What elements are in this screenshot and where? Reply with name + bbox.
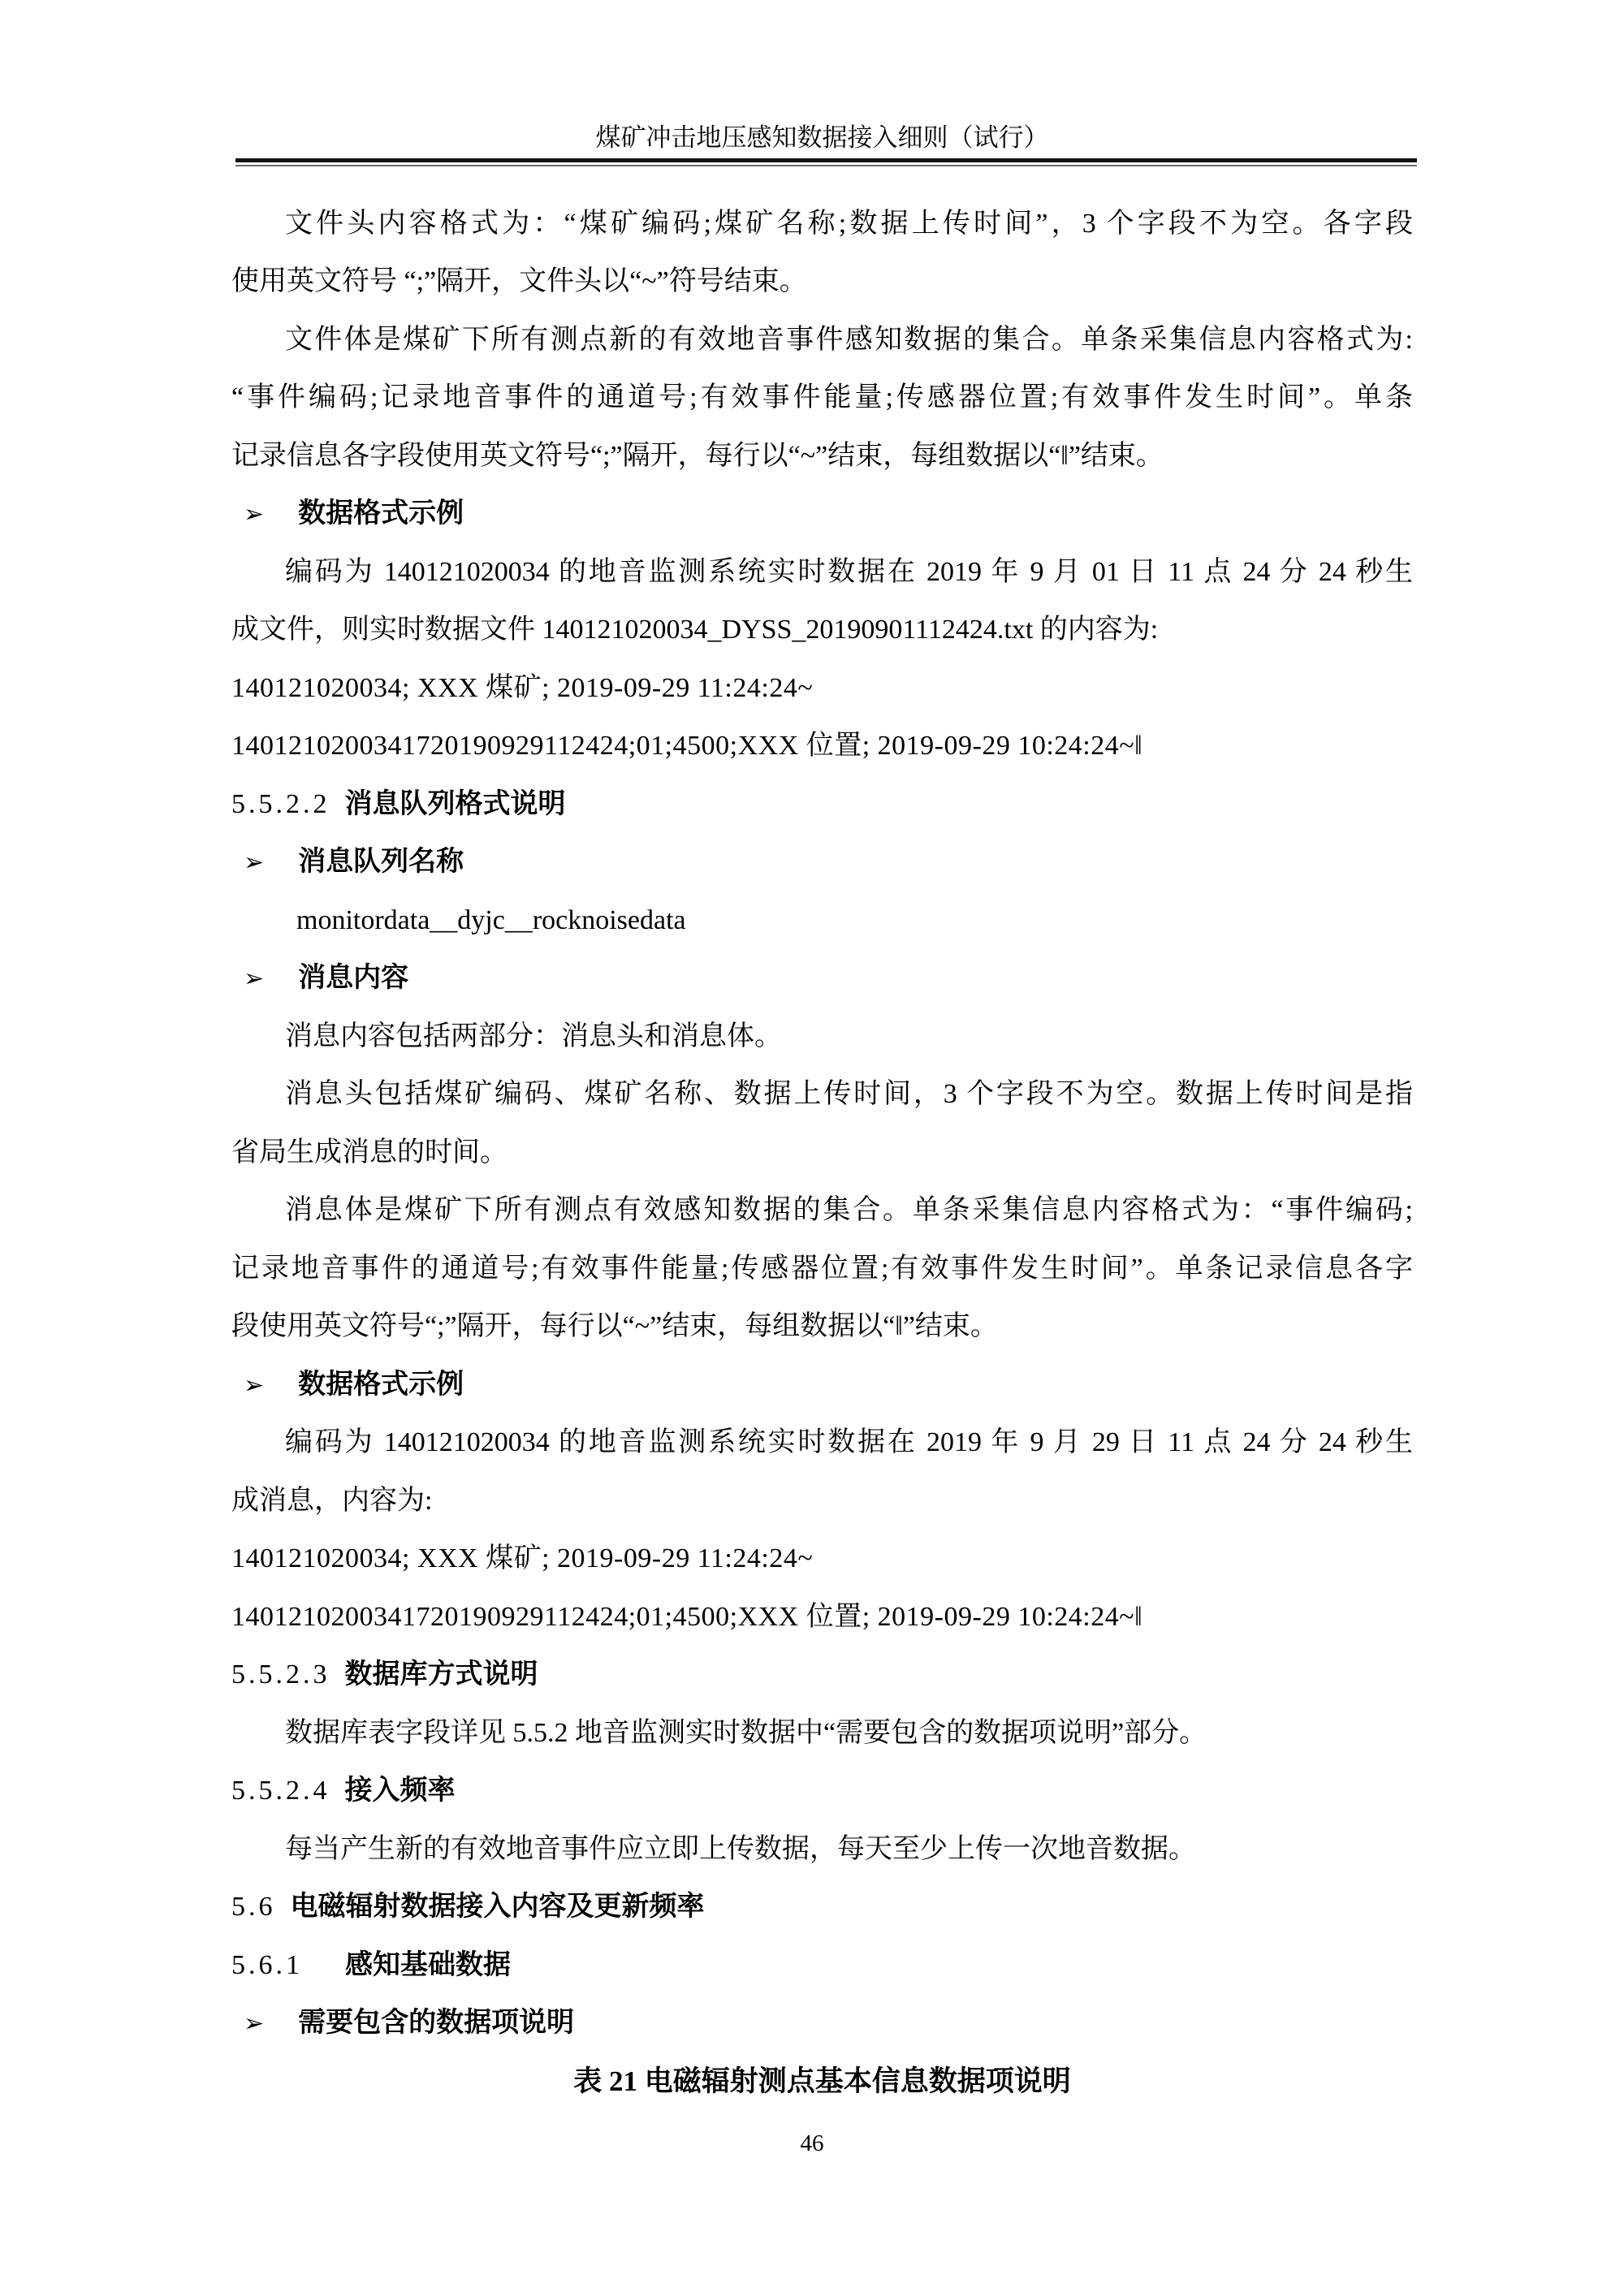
bullet-label: 需要包含的数据项说明 <box>298 2007 574 2038</box>
page-number: 46 <box>0 2127 1624 2160</box>
heading-title: 电磁辐射数据接入内容及更新频率 <box>291 1891 705 1922</box>
section-heading: 5.5.2.3数据库方式说明 <box>231 1646 1413 1703</box>
heading-title: 接入频率 <box>345 1775 456 1806</box>
bullet-label: 数据格式示例 <box>298 1369 464 1400</box>
data-sample-line: 1401210200341720190929112424;01;4500;XXX… <box>231 1588 1413 1646</box>
section-heading: 5.6电磁辐射数据接入内容及更新频率 <box>231 1878 1413 1936</box>
section-heading: 5.5.2.4接入频率 <box>231 1762 1413 1819</box>
data-sample-line: 140121020034; XXX 煤矿; 2019-09-29 11:24:2… <box>231 659 1413 717</box>
paragraph-line: 编码为 140121020034 的地音监测系统实时数据在 2019 年 9 月… <box>231 1413 1413 1471</box>
section-heading: 5.6.1感知基础数据 <box>231 1936 1413 1994</box>
paragraph-line: 使用英文符号 “;”隔开，文件头以“~”符号结束。 <box>231 252 1413 310</box>
bullet-label: 消息队列名称 <box>298 846 464 877</box>
bullet-arrow-icon: ➢ <box>244 965 264 993</box>
heading-title: 消息队列格式说明 <box>345 788 566 819</box>
paragraph-line: 文件体是煤矿下所有测点新的有效地音事件感知数据的集合。单条采集信息内容格式为: <box>231 311 1413 369</box>
data-sample-line: 140121020034; XXX 煤矿; 2019-09-29 11:24:2… <box>231 1530 1413 1587</box>
heading-title: 数据库方式说明 <box>345 1659 538 1690</box>
table-caption: 表 21 电磁辐射测点基本信息数据项说明 <box>231 2052 1413 2110</box>
bullet-arrow-icon: ➢ <box>244 848 264 877</box>
paragraph-line: 每当产生新的有效地音事件应立即上传数据，每天至少上传一次地音数据。 <box>231 1820 1413 1878</box>
paragraph-line: 成消息，内容为: <box>231 1472 1413 1530</box>
bullet-item: ➢消息队列名称 <box>231 833 1413 891</box>
paragraph-line: 数据库表字段详见 5.5.2 地音监测实时数据中“需要包含的数据项说明”部分。 <box>231 1704 1413 1762</box>
page-header-title: 煤矿冲击地压感知数据接入细则（试行） <box>231 123 1413 153</box>
data-sample-line: 1401210200341720190929112424;01;4500;XXX… <box>231 717 1413 775</box>
paragraph-line: 编码为 140121020034 的地音监测系统实时数据在 2019 年 9 月… <box>231 543 1413 601</box>
paragraph-line: 成文件，则实时数据文件 140121020034_DYSS_2019090111… <box>231 601 1413 658</box>
paragraph-line: 省局生成消息的时间。 <box>231 1124 1413 1181</box>
heading-number: 5.6 <box>231 1892 276 1922</box>
paragraph-line: 消息体是煤矿下所有测点有效感知数据的集合。单条采集信息内容格式为：“事件编码; <box>231 1181 1413 1239</box>
header-rule <box>235 158 1417 166</box>
paragraph-line: “事件编码;记录地音事件的通道号;有效事件能量;传感器位置;有效事件发生时间”。… <box>231 369 1413 426</box>
paragraph-line: 记录地音事件的通道号;有效事件能量;传感器位置;有效事件发生时间”。单条记录信息… <box>231 1240 1413 1297</box>
paragraph-line: 消息内容包括两部分：消息头和消息体。 <box>231 1008 1413 1065</box>
bullet-item: ➢消息内容 <box>231 949 1413 1008</box>
bullet-label: 消息内容 <box>298 962 408 993</box>
paragraph-line: 段使用英文符号“;”隔开，每行以“~”结束，每组数据以“‖”结束。 <box>231 1297 1413 1355</box>
document-page: 煤矿冲击地压感知数据接入细则（试行） 文件头内容格式为：“煤矿编码;煤矿名称;数… <box>0 0 1624 2296</box>
heading-number: 5.5.2.3 <box>231 1659 330 1690</box>
heading-number: 5.5.2.4 <box>231 1776 330 1806</box>
paragraph-line: 记录信息各字段使用英文符号“;”隔开，每行以“~”结束，每组数据以“‖”结束。 <box>231 427 1413 485</box>
bullet-arrow-icon: ➢ <box>244 500 264 529</box>
bullet-arrow-icon: ➢ <box>244 2009 264 2038</box>
bullet-item: ➢数据格式示例 <box>231 1356 1413 1414</box>
paragraph-line: 文件头内容格式为：“煤矿编码;煤矿名称;数据上传时间”，3 个字段不为空。各字段 <box>231 195 1413 252</box>
bullet-arrow-icon: ➢ <box>244 1371 264 1400</box>
bullet-item: ➢需要包含的数据项说明 <box>231 1994 1413 2052</box>
bullet-item: ➢数据格式示例 <box>231 485 1413 543</box>
queue-name-line: monitordata__dyjc__rocknoisedata <box>231 891 1478 949</box>
heading-title: 感知基础数据 <box>345 1949 511 1980</box>
paragraph-line: 消息头包括煤矿编码、煤矿名称、数据上传时间，3 个字段不为空。数据上传时间是指 <box>231 1065 1413 1123</box>
heading-number: 5.5.2.2 <box>231 789 330 819</box>
bullet-label: 数据格式示例 <box>298 498 464 529</box>
section-heading: 5.5.2.2消息队列格式说明 <box>231 775 1413 833</box>
heading-number: 5.6.1 <box>231 1950 303 1980</box>
